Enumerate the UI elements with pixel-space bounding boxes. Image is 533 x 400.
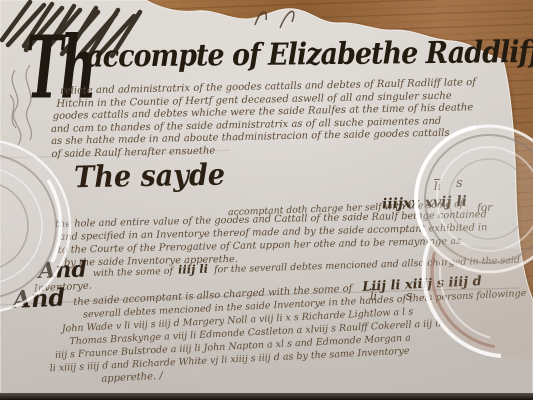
document-title: accompte of Elizabethe Raddliff xyxy=(86,37,533,72)
pounds-column-mark: li xyxy=(434,181,441,192)
table-edge-shadow xyxy=(0,393,533,400)
photograph-of-manuscript-on-table: Th accompte of Elizabethe Raddliff relic… xyxy=(0,0,533,400)
addition-text: with the some of xyxy=(93,267,173,279)
debts-lead: And xyxy=(12,290,65,306)
intro-paragraph: relicte and administratrix of the goodes… xyxy=(50,77,477,161)
shillings-column-mark: s xyxy=(456,177,463,190)
charge-section-lead: The sayde xyxy=(74,160,225,192)
addition-lead: And xyxy=(38,258,87,282)
addition-sum-roman-numerals: iiij li xyxy=(178,264,208,276)
